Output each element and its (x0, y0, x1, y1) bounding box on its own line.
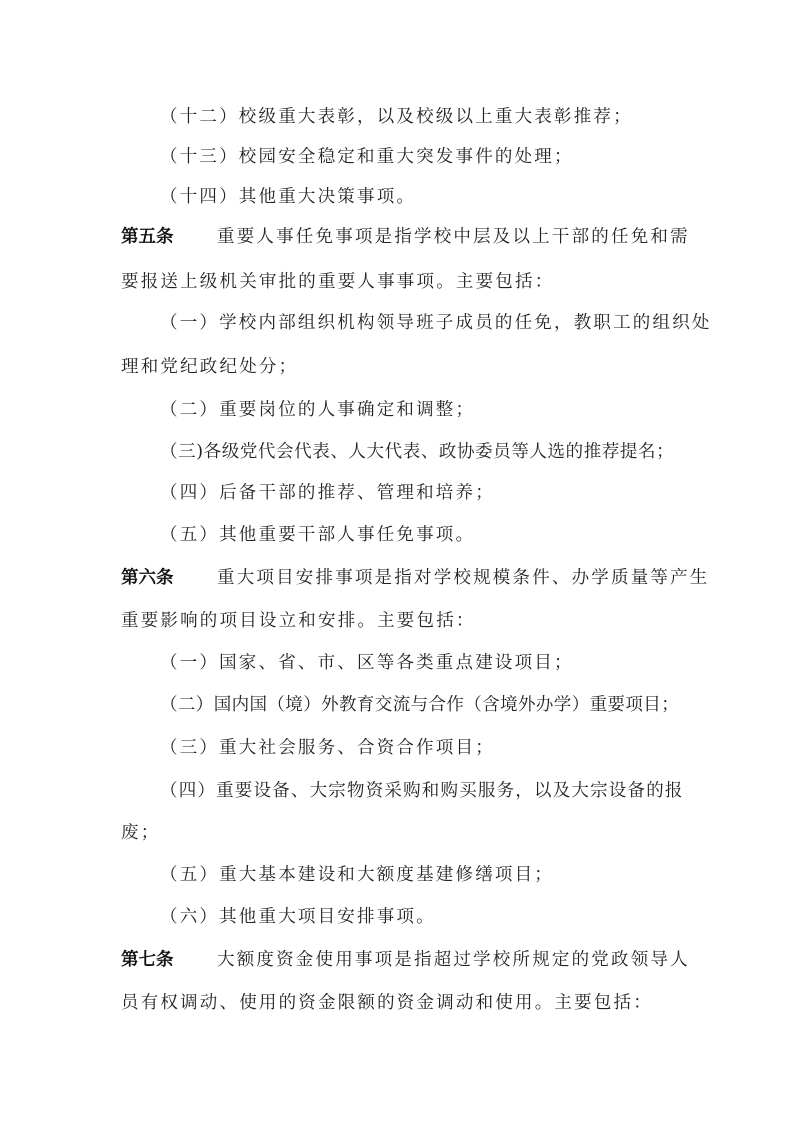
article-label: 第七条 (121, 948, 217, 972)
list-item: （四）后备干部的推荐、管理和培养； (160, 481, 725, 505)
list-item: （二）重要岗位的人事确定和调整； (160, 398, 725, 422)
article-label: 第五条 (121, 225, 217, 249)
list-item: （四）重要设备、大宗物资采购和购买服务，以及大宗设备的报 (160, 779, 725, 803)
document-page: （十二）校级重大表彰，以及校级以上重大表彰推荐； （十三）校园安全稳定和重大突发… (0, 0, 800, 1131)
article-intro: 重大项目安排事项是指对学校规模条件、办学质量等产生 (217, 568, 710, 588)
list-item: （五）其他重要干部人事任免事项。 (160, 523, 725, 547)
list-item: （十二）校级重大表彰，以及校级以上重大表彰推荐； (160, 105, 725, 129)
list-item: （十三）校园安全稳定和重大突发事件的处理； (160, 145, 725, 169)
article-7-heading: 第七条大额度资金使用事项是指超过学校所规定的党政领导人 (121, 948, 686, 972)
article-intro-continued: 重要影响的项目设立和安排。主要包括： (121, 609, 686, 633)
list-item: （一）国家、省、市、区等各类重点建设项目； (160, 651, 725, 675)
article-intro-continued: 要报送上级机关审批的重要人事事项。主要包括： (121, 270, 686, 294)
list-item: （六）其他重大项目安排事项。 (160, 905, 725, 929)
article-intro: 大额度资金使用事项是指超过学校所规定的党政领导人 (217, 950, 690, 970)
article-6-heading: 第六条重大项目安排事项是指对学校规模条件、办学质量等产生 (121, 566, 686, 590)
list-item: （三）重大社会服务、合资合作项目； (160, 736, 725, 760)
list-item: （一）学校内部组织机构领导班子成员的任免，教职工的组织处 (160, 311, 725, 335)
article-intro: 重要人事任免事项是指学校中层及以上干部的任免和需 (217, 227, 690, 247)
list-item: （十四）其他重大决策事项。 (160, 185, 725, 209)
article-label: 第六条 (121, 566, 217, 590)
article-intro-continued: 员有权调动、使用的资金限额的资金调动和使用。主要包括： (121, 991, 686, 1015)
list-item: （二）国内国（境）外教育交流与合作（含境外办学）重要项目； (160, 693, 725, 717)
list-item: （三)各级党代会代表、人大代表、政协委员等人选的推荐提名； (160, 440, 725, 464)
list-item-continued: 理和党纪政纪处分； (121, 355, 686, 379)
article-5-heading: 第五条重要人事任免事项是指学校中层及以上干部的任免和需 (121, 225, 686, 249)
list-item: （五）重大基本建设和大额度基建修缮项目； (160, 863, 725, 887)
list-item-continued: 废； (121, 821, 686, 845)
